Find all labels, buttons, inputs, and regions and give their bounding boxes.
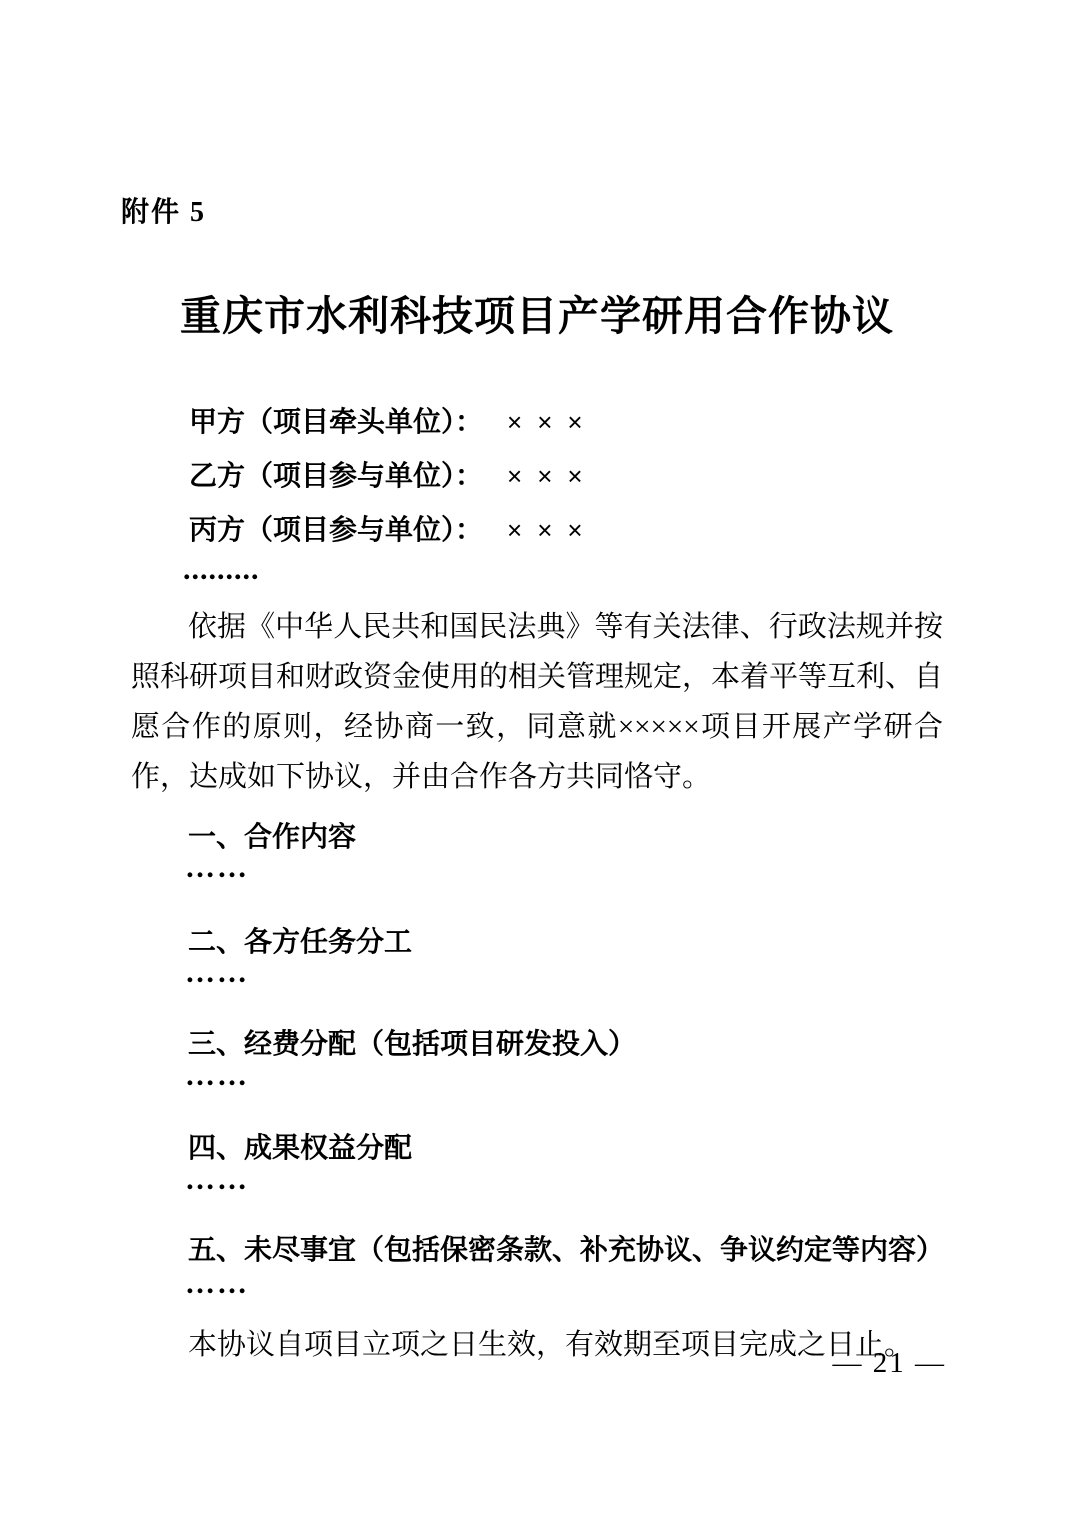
ellipsis-placeholder-line: ......... [183,553,260,587]
section-heading-2: 二、各方任务分工 [188,920,412,960]
section-heading-5: 五、未尽事宜（包括保密条款、补充协议、争议约定等内容） [188,1228,944,1268]
page-number: — 21 — [833,1347,947,1380]
party-line-jiafang: 甲方（项目牵头单位）：××× [189,400,598,454]
document-page: 附件 5 重庆市水利科技项目产学研用合作协议 甲方（项目牵头单位）：××× 乙方… [0,0,1074,1520]
attachment-label: 附件 5 [121,190,206,230]
section-ellipsis-4: …… [185,1163,249,1197]
closing-sentence: 本协议自项目立项之日生效，有效期至项目完成之日止。 [131,1322,943,1363]
party-value-placeholder: ××× [507,461,598,491]
document-title: 重庆市水利科技项目产学研用合作协议 [0,283,1074,342]
section-heading-4: 四、成果权益分配 [188,1126,412,1166]
section-ellipsis-5: …… [185,1267,249,1301]
section-ellipsis-2: …… [185,956,249,990]
section-heading-3: 三、经费分配（包括项目研发投入） [188,1022,636,1062]
parties-block: 甲方（项目牵头单位）：××× 乙方（项目参与单位）：××× 丙方（项目参与单位）… [189,400,598,562]
party-line-yifang: 乙方（项目参与单位）：××× [189,454,598,508]
party-value-placeholder: ××× [507,407,598,437]
preamble-paragraph: 依据《中华人民共和国民法典》等有关法律、行政法规并按照科研项目和财政资金使用的相… [131,602,943,802]
party-label: 乙方（项目参与单位）： [189,460,483,491]
section-ellipsis-1: …… [185,851,249,885]
party-label: 甲方（项目牵头单位）： [189,406,483,437]
party-value-placeholder: ××× [507,515,598,545]
section-heading-1: 一、合作内容 [188,815,356,855]
section-ellipsis-3: …… [185,1059,249,1093]
party-label: 丙方（项目参与单位）： [189,514,483,545]
